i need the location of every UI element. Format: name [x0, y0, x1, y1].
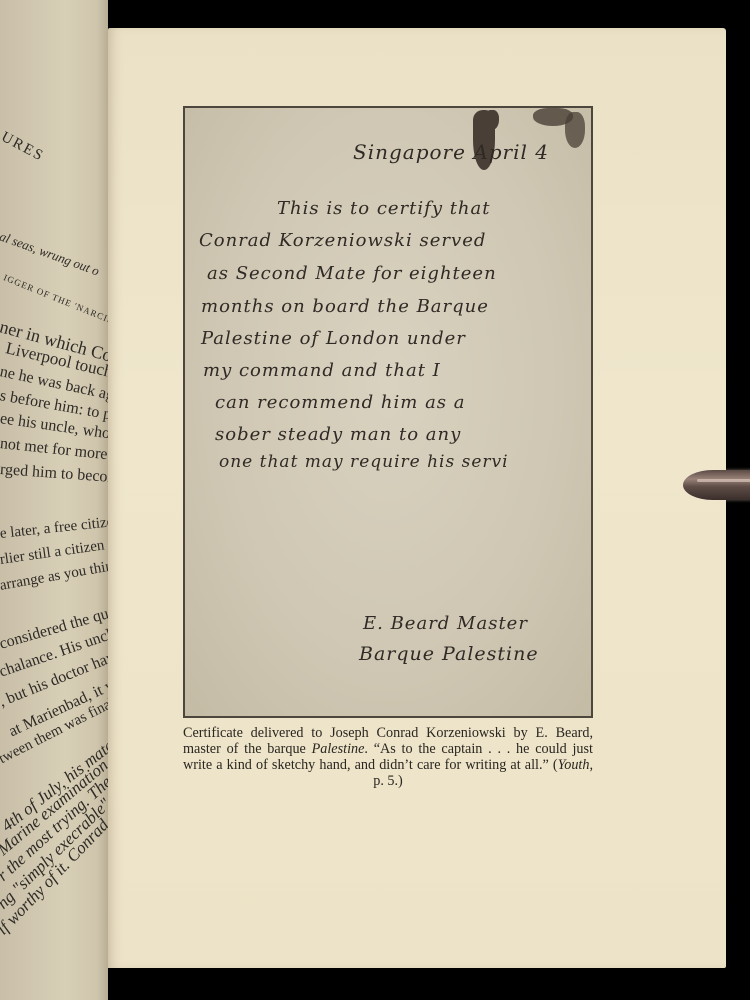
handwriting-line: sober steady man to any — [215, 424, 461, 445]
handwriting-line: one that may require his servi — [219, 452, 509, 472]
signature-line: E. Beard Master — [363, 613, 528, 634]
running-header-fragment: URES — [0, 129, 47, 166]
epigraph-fragment: al seas, wrung out o — [0, 228, 101, 279]
left-facing-page: URES al seas, wrung out o IGGER OF THE '… — [0, 0, 108, 1000]
certificate-plate: Singapore April 4 This is to certify tha… — [183, 106, 593, 718]
handwriting-line: months on board the Barque — [201, 296, 489, 317]
signature-line: Barque Palestine — [359, 643, 539, 665]
handwriting-line: Palestine of London under — [201, 328, 466, 349]
handwriting-line: my command and that I — [203, 360, 441, 381]
right-page: Singapore April 4 This is to certify tha… — [108, 28, 726, 968]
handwriting-line: can recommend him as a — [215, 392, 466, 413]
handwriting-line: This is to certify that — [277, 198, 491, 219]
plate-caption: Certificate delivered to Joseph Conrad K… — [183, 725, 593, 789]
handwriting-line: as Second Mate for eighteen — [207, 263, 497, 284]
ink-stain — [485, 110, 499, 130]
handwriting-line: Conrad Korzeniowski served — [199, 230, 486, 251]
bookmark-clip — [683, 470, 750, 500]
caption-source-title: Youth — [558, 757, 590, 773]
handwriting-line: Singapore April 4 — [353, 140, 549, 164]
caption-ship-name: Palestine — [312, 741, 365, 757]
ink-stain — [565, 112, 585, 148]
body-line: rged him to become a — [0, 461, 108, 489]
